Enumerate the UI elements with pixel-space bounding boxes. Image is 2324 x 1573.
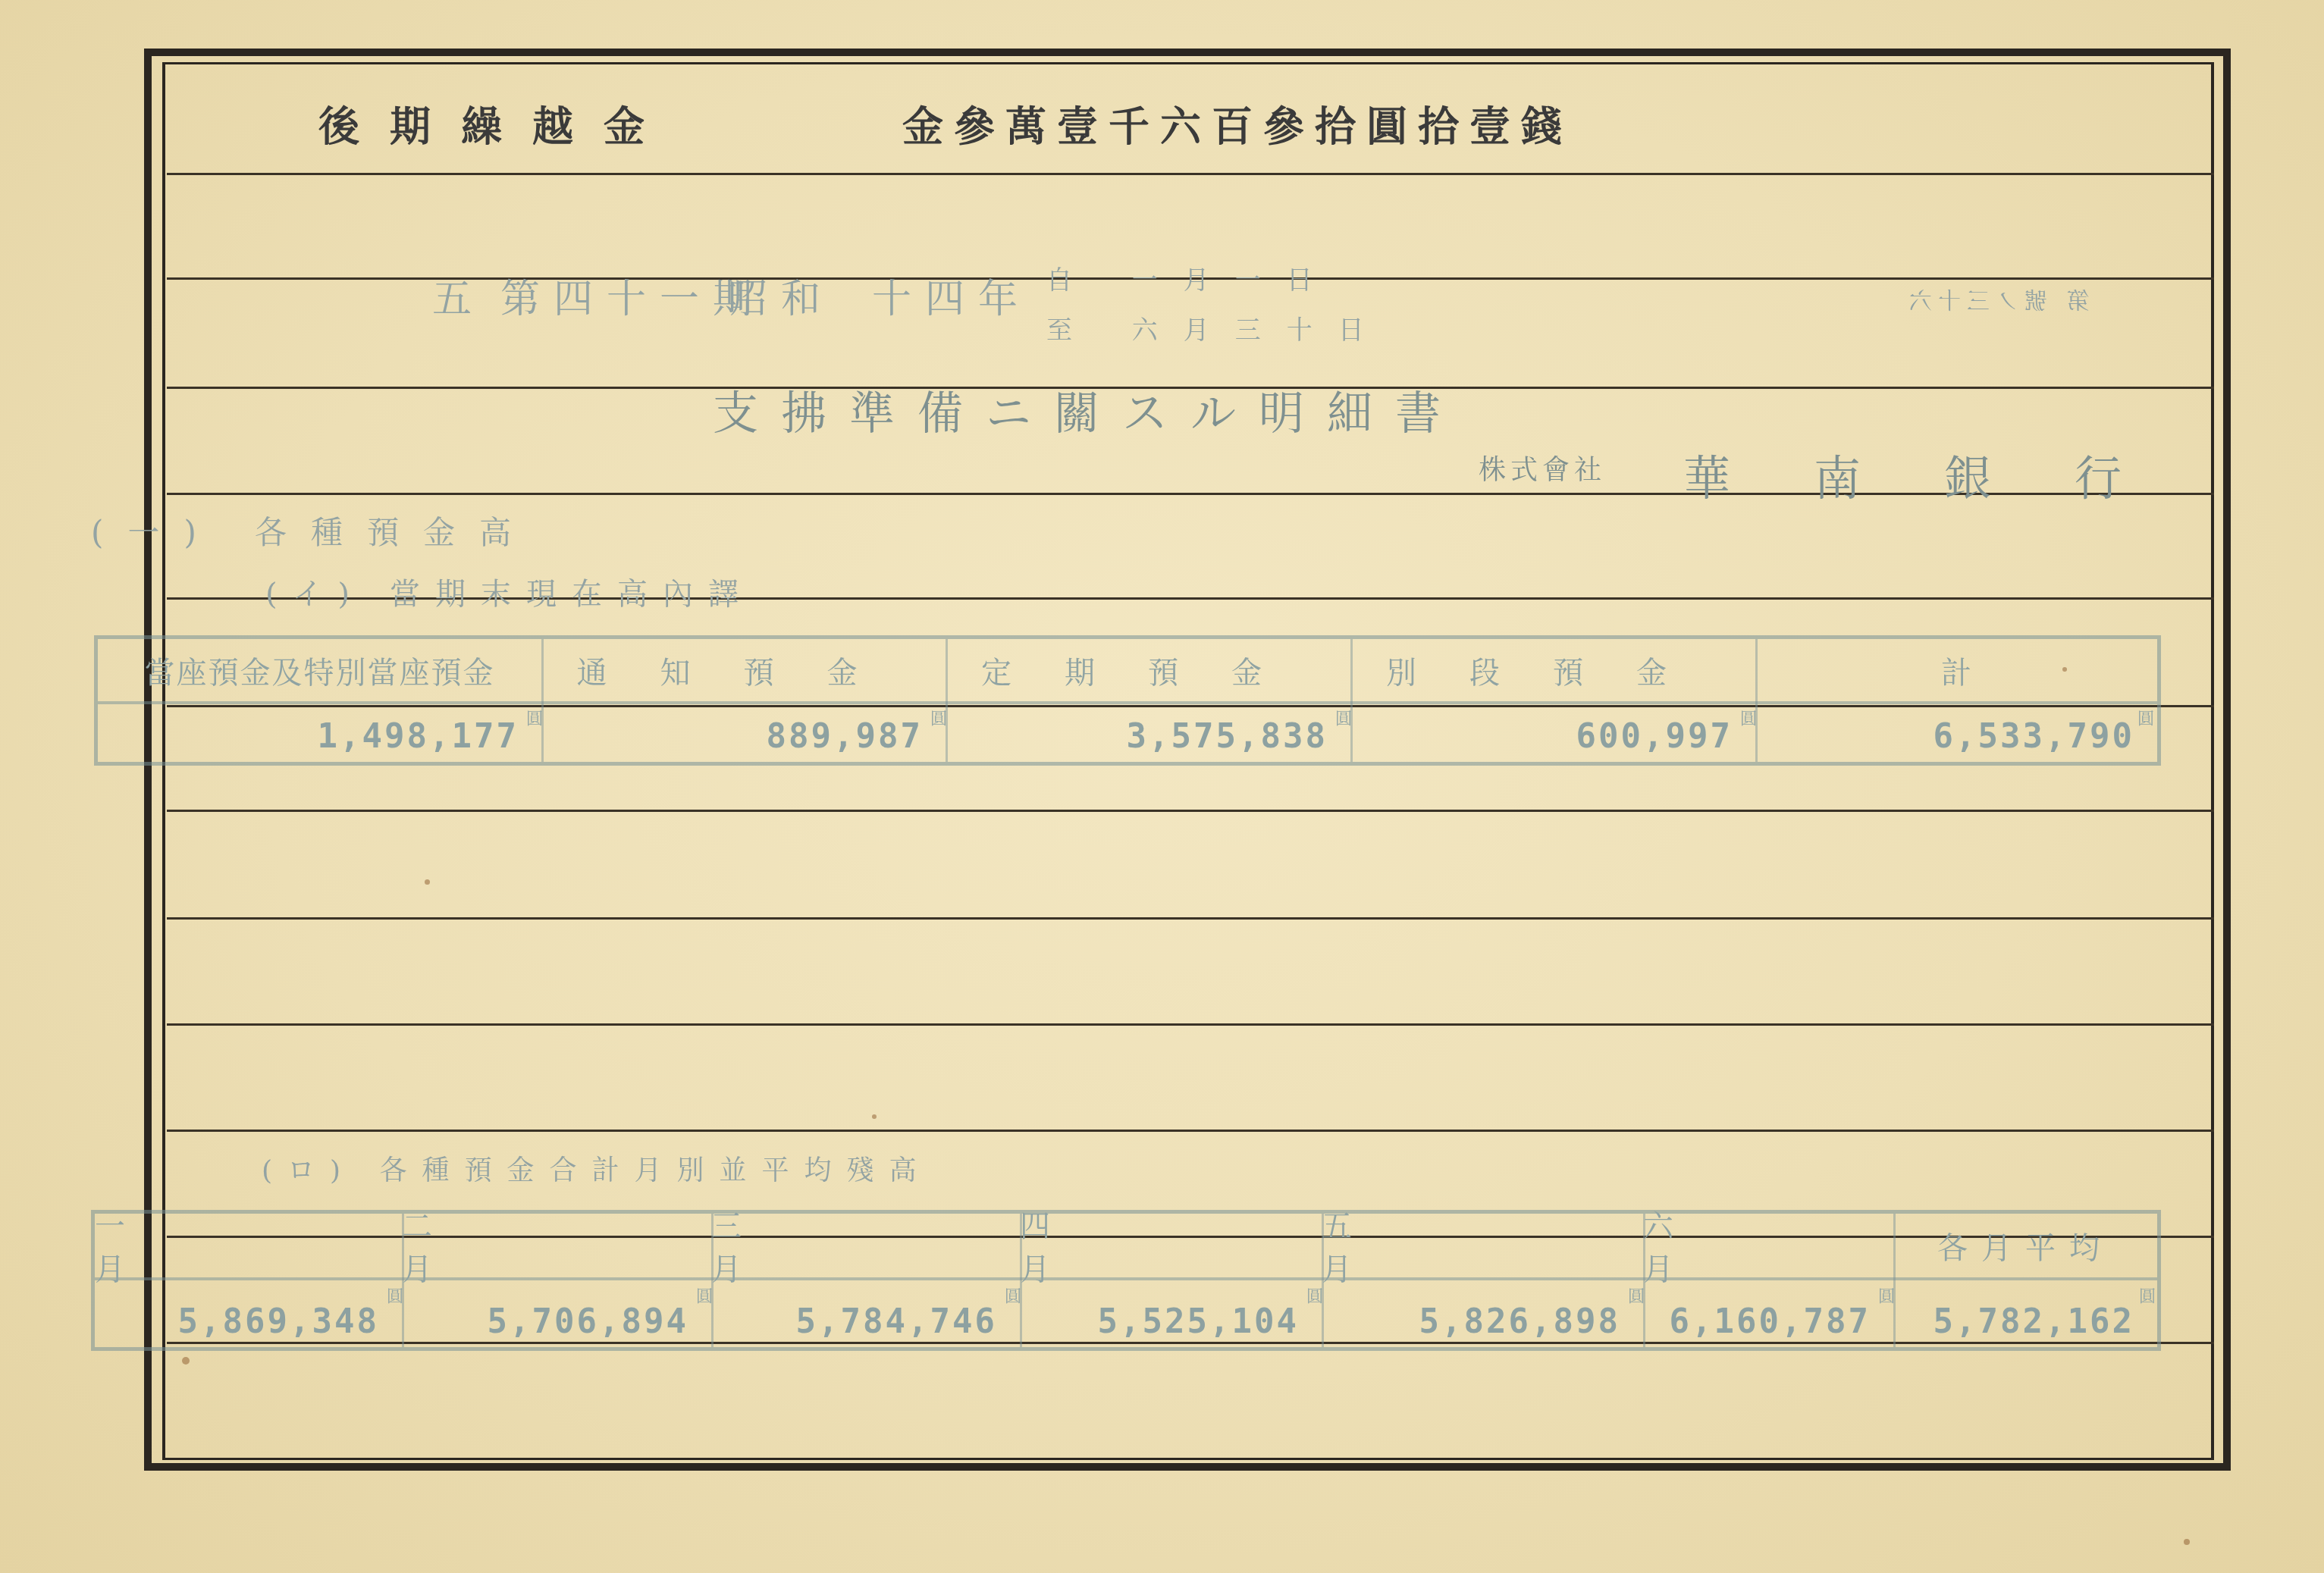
yen-unit: 圓 xyxy=(387,1283,403,1307)
yen-unit: 圓 xyxy=(1335,706,1352,729)
monthly-deposit-table: 一 月 二 月 三 月 四 月 五 月 六 月 各月平均 5,869,348 5… xyxy=(91,1210,2161,1351)
value-time-deposits: 3,575,838 xyxy=(946,701,1350,762)
value-may: 5,826,898 xyxy=(1322,1277,1643,1347)
carryover-amount: 金參萬壹千六百參拾圓拾壹錢 xyxy=(902,95,1573,153)
document-title: 支拂準備ニ關スル明細書 xyxy=(713,378,1463,443)
header-april: 四 月 xyxy=(1020,1214,1322,1277)
header-february: 二 月 xyxy=(402,1214,711,1277)
page-number-mark: 第 號ノ三十六 xyxy=(1903,282,2090,315)
paper-speck xyxy=(2184,1539,2190,1545)
period-from: 自 一月一日 xyxy=(1046,259,1338,296)
ledger-rule xyxy=(167,173,2214,175)
yen-unit: 圓 xyxy=(2139,1283,2156,1307)
period-era: 昭和 xyxy=(728,267,834,324)
subsection-heading-monthly: (ロ) 各種預金合計月別並平均殘高 xyxy=(262,1149,932,1188)
yen-unit: 圓 xyxy=(1005,1283,1021,1307)
value-current-deposits: 1,498,177 xyxy=(98,701,541,762)
value-notice-deposits: 889,987 xyxy=(541,701,946,762)
paper-speck xyxy=(182,1357,190,1365)
value-march: 5,784,746 xyxy=(711,1277,1020,1347)
header-total: 計 xyxy=(1755,639,2157,701)
period-year: 十四年 xyxy=(872,267,1031,324)
paper-speck xyxy=(425,879,430,885)
value-june: 6,160,787 xyxy=(1643,1277,1893,1347)
value-january: 5,869,348 xyxy=(95,1277,402,1347)
header-may: 五 月 xyxy=(1322,1214,1643,1277)
subsection-heading: (イ) 當期末現在高內譯 xyxy=(265,570,754,613)
company-type: 株式會社 xyxy=(1479,449,1606,487)
header-notice-deposits: 通知預金 xyxy=(541,639,946,701)
ledger-rule xyxy=(167,1023,2214,1026)
value-april: 5,525,104 xyxy=(1020,1277,1322,1347)
period-prefix: 五 xyxy=(432,267,485,324)
header-current-deposits: 當座預金及特別當座預金 xyxy=(98,639,541,701)
yen-unit: 圓 xyxy=(2137,706,2154,729)
header-january: 一 月 xyxy=(95,1214,402,1277)
yen-unit: 圓 xyxy=(696,1283,713,1307)
header-june: 六 月 xyxy=(1643,1214,1893,1277)
value-special-deposits: 600,997 xyxy=(1350,701,1755,762)
yen-unit: 圓 xyxy=(1740,706,1757,729)
period-term: 第四十一期 xyxy=(500,267,766,324)
header-time-deposits: 定期預金 xyxy=(946,639,1350,701)
yen-unit: 圓 xyxy=(1306,1283,1323,1307)
paper-speck xyxy=(872,1114,877,1119)
value-monthly-average: 5,782,162 xyxy=(1893,1277,2157,1347)
section-heading: (一) 各種預金高 xyxy=(91,508,535,553)
company-name: 華南銀行 xyxy=(1683,441,2205,509)
value-total: 6,533,790 xyxy=(1755,701,2157,762)
paper-speck xyxy=(2062,667,2067,672)
carryover-label: 後期繰越金 xyxy=(318,95,675,153)
yen-unit: 圓 xyxy=(1878,1283,1895,1307)
yen-unit: 圓 xyxy=(1628,1283,1645,1307)
ledger-rule xyxy=(167,1130,2214,1132)
ledger-rule xyxy=(167,810,2214,812)
yen-unit: 圓 xyxy=(526,706,543,729)
deposit-breakdown-table: 當座預金及特別當座預金 通知預金 定期預金 別段預金 計 1,498,177 8… xyxy=(94,635,2161,766)
header-march: 三 月 xyxy=(711,1214,1020,1277)
value-february: 5,706,894 xyxy=(402,1277,711,1347)
header-monthly-average: 各月平均 xyxy=(1893,1214,2157,1277)
ledger-rule xyxy=(167,917,2214,920)
header-special-deposits: 別段預金 xyxy=(1350,639,1755,701)
yen-unit: 圓 xyxy=(930,706,947,729)
period-to: 至 六月三十日 xyxy=(1046,309,1390,346)
